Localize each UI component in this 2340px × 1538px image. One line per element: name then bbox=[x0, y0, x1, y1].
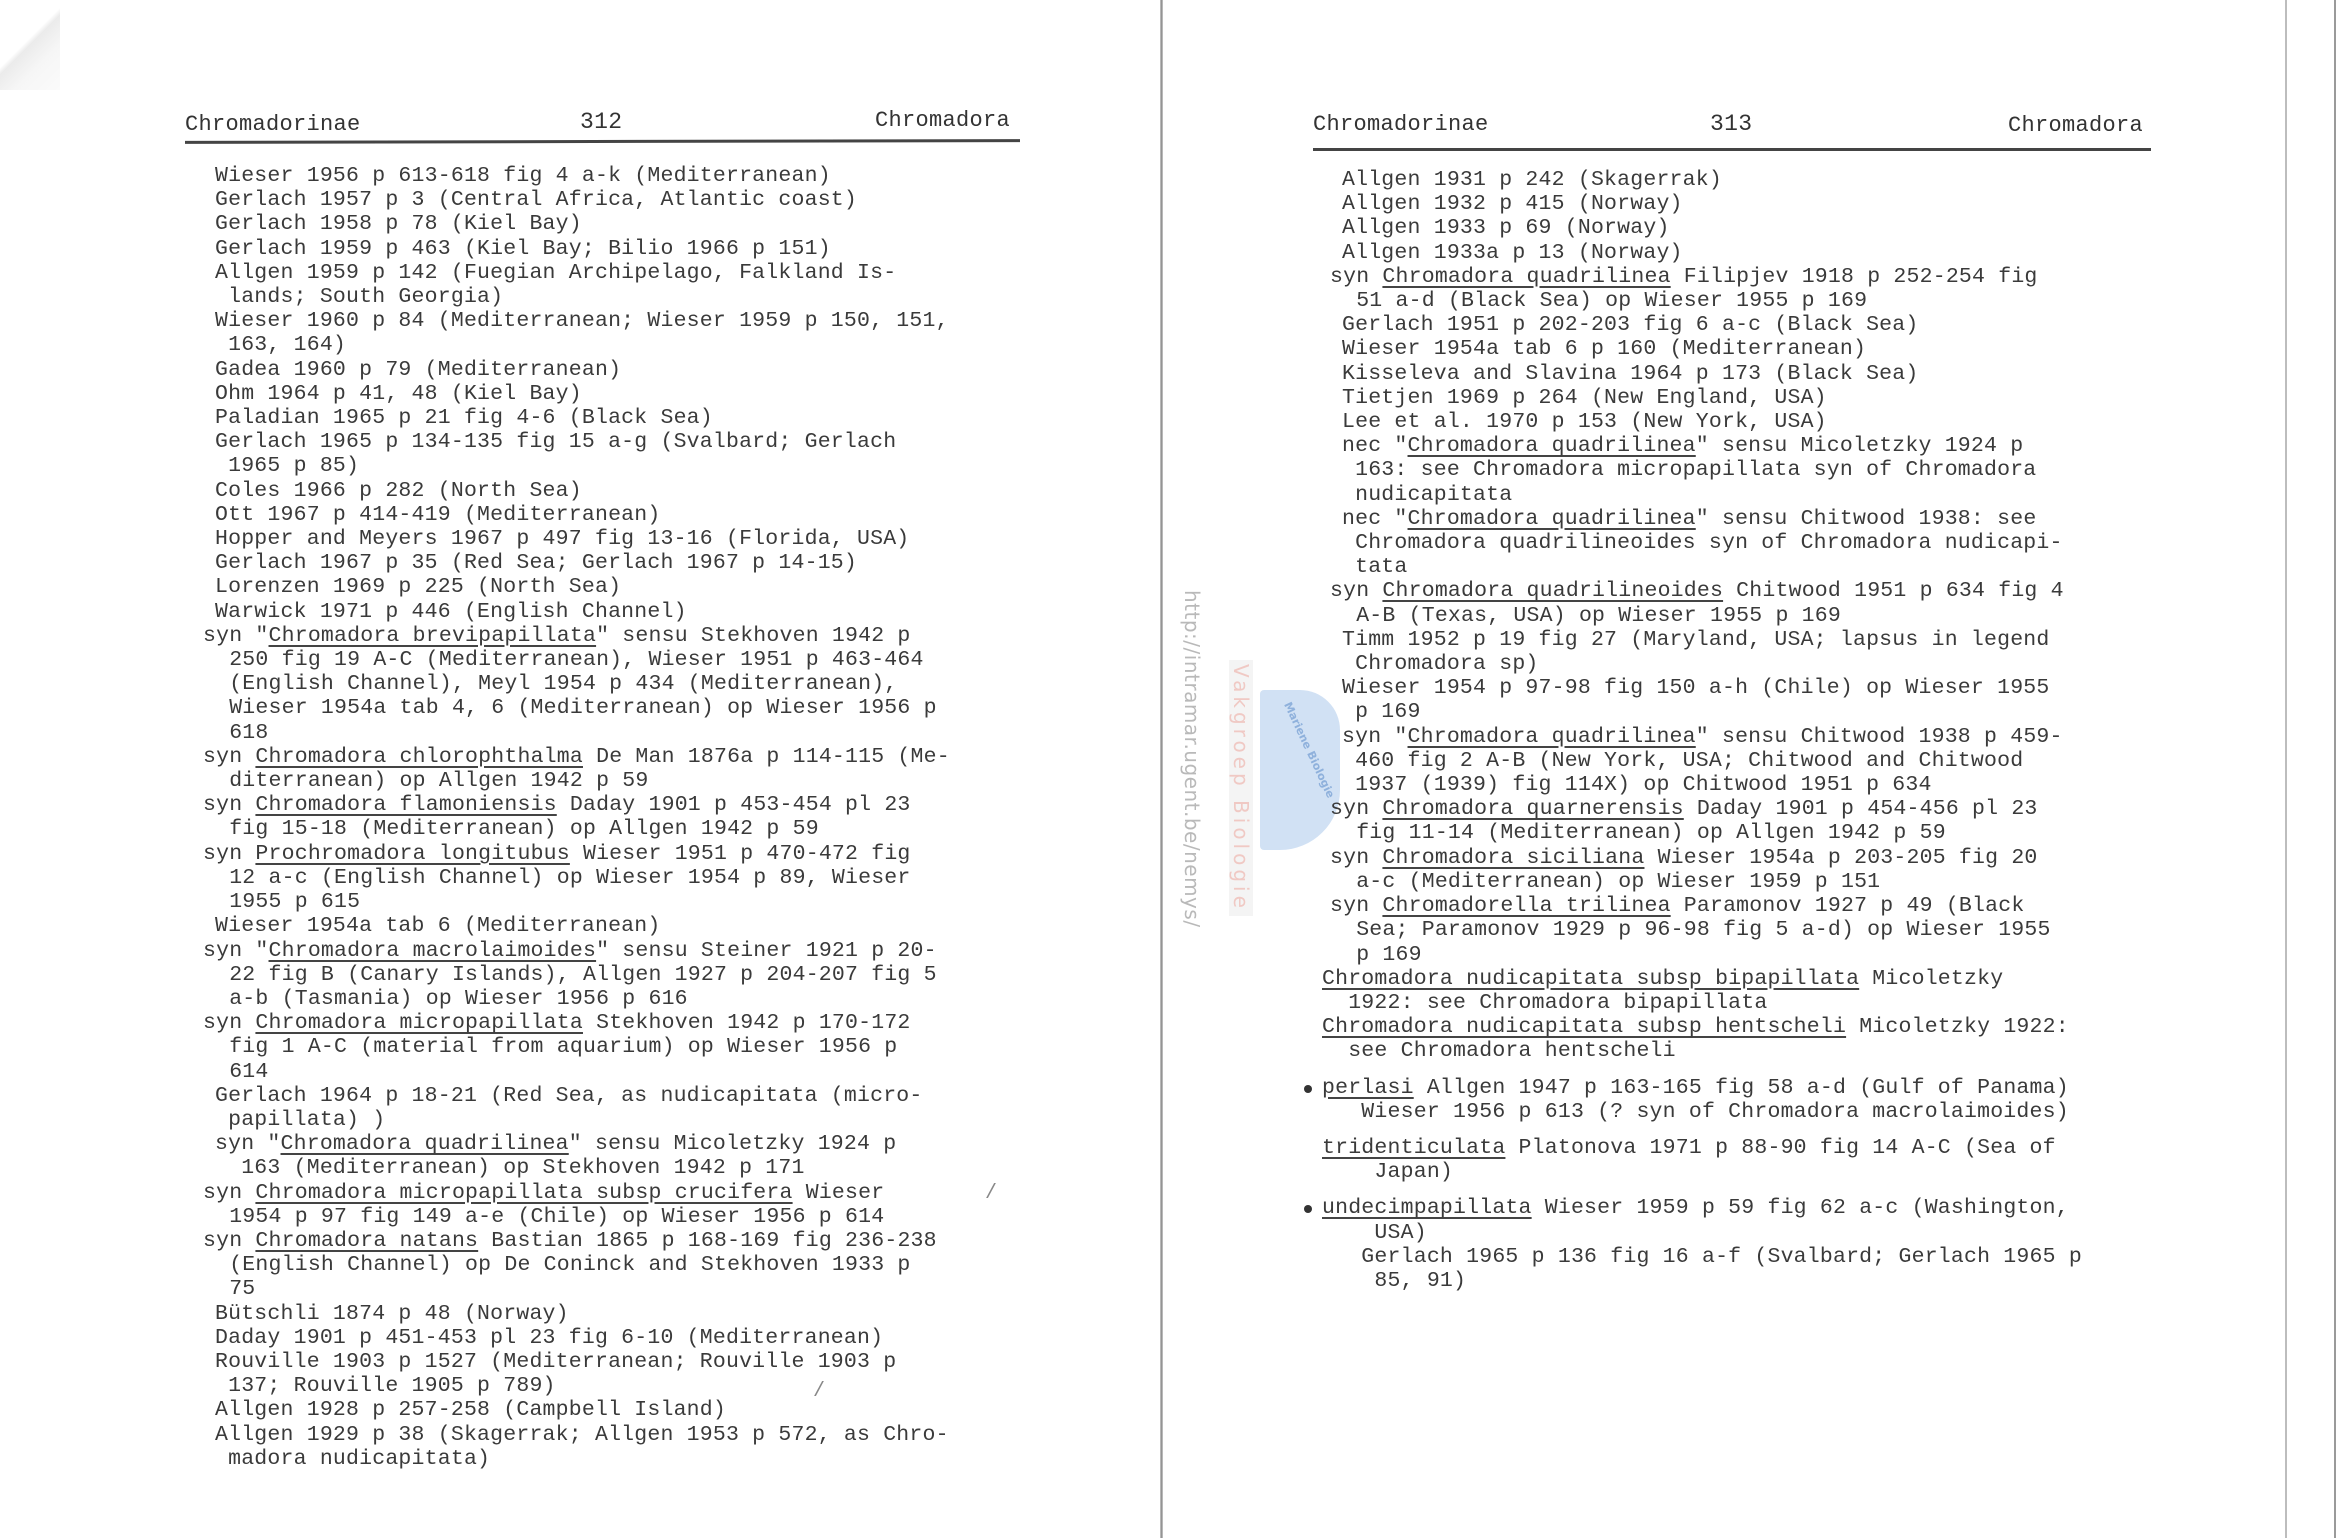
entry-first-line: Gerlach 1957 p 3 (Central Africa, Atlant… bbox=[215, 188, 1075, 212]
taxon-name: Chromadora quadrilinea bbox=[281, 1132, 569, 1156]
taxon-name: Chromadora quadrilinea bbox=[1382, 265, 1670, 289]
reference-entry: Bütschli 1874 p 48 (Norway) bbox=[215, 1302, 1075, 1326]
entry-citation: Micoletzky 1922: bbox=[1846, 1015, 2069, 1039]
entry-citation: Wieser 1954a p 203-205 fig 20 bbox=[1644, 846, 2037, 870]
entry-continuation: 22 fig B (Canary Islands), Allgen 1927 p… bbox=[203, 963, 1075, 987]
entry-prefix: syn bbox=[203, 793, 255, 817]
entry-first-line: Warwick 1971 p 446 (English Channel) bbox=[215, 600, 1075, 624]
entry-continuation: Japan) bbox=[1322, 1160, 2242, 1184]
entry-first-line: Wieser 1960 p 84 (Mediterranean; Wieser … bbox=[215, 309, 1075, 333]
entry-first-line: Wieser 1954a tab 6 p 160 (Mediterranean) bbox=[1342, 337, 2242, 361]
entry-first-line: Coles 1966 p 282 (North Sea) bbox=[215, 479, 1075, 503]
entry-first-line: syn "Chromadora quadrilinea" sensu Micol… bbox=[215, 1132, 1075, 1156]
taxon-name: Chromadora quadrilinea bbox=[1408, 434, 1696, 458]
entry-prefix: syn bbox=[1330, 579, 1382, 603]
margin-mark: / bbox=[813, 1380, 825, 1403]
entry-first-line: Allgen 1959 p 142 (Fuegian Archipelago, … bbox=[215, 261, 1075, 285]
entry-first-line: Gerlach 1958 p 78 (Kiel Bay) bbox=[215, 212, 1075, 236]
entry-first-line: syn Chromadora micropapillata subsp cruc… bbox=[203, 1181, 1075, 1205]
entry-first-line: syn Chromadora quadrilineoides Chitwood … bbox=[1330, 579, 2242, 603]
reference-entry: syn Prochromadora longitubus Wieser 1951… bbox=[203, 842, 1075, 915]
entry-citation: Daday 1901 p 454-456 pl 23 bbox=[1684, 797, 2038, 821]
entry-first-line: Wieser 1954 p 97-98 fig 150 a-h (Chile) … bbox=[1342, 676, 2242, 700]
entry-continuation: 250 fig 19 A-C (Mediterranean), Wieser 1… bbox=[203, 648, 1075, 672]
entry-continuation: 12 a-c (English Channel) op Wieser 1954 … bbox=[203, 866, 1075, 890]
species-entry: undecimpapillata Wieser 1959 p 59 fig 62… bbox=[1322, 1196, 2242, 1293]
entry-first-line: undecimpapillata Wieser 1959 p 59 fig 62… bbox=[1322, 1196, 2242, 1220]
entry-first-line: Gerlach 1964 p 18-21 (Red Sea, as nudica… bbox=[215, 1084, 1075, 1108]
entry-first-line: nec "Chromadora quadrilinea" sensu Micol… bbox=[1342, 434, 2242, 458]
margin-bullet-icon bbox=[1304, 1205, 1312, 1213]
entry-continuation: 614 bbox=[203, 1060, 1075, 1084]
reference-entry: Warwick 1971 p 446 (English Channel) bbox=[215, 600, 1075, 624]
reference-entry: Allgen 1933a p 13 (Norway) bbox=[1342, 241, 2242, 265]
entry-continuation: 163 (Mediterranean) op Stekhoven 1942 p … bbox=[215, 1156, 1075, 1180]
reference-entry: Allgen 1929 p 38 (Skagerrak; Allgen 1953… bbox=[215, 1423, 1075, 1471]
entry-first-line: tridenticulata Platonova 1971 p 88-90 fi… bbox=[1322, 1136, 2242, 1160]
reference-entry: Gerlach 1958 p 78 (Kiel Bay) bbox=[215, 212, 1075, 236]
reference-list: Wieser 1956 p 613-618 fig 4 a-k (Mediter… bbox=[215, 164, 1075, 1471]
entry-first-line: Timm 1952 p 19 fig 27 (Maryland, USA; la… bbox=[1342, 628, 2242, 652]
entry-continuation: a-c (Mediterranean) op Wieser 1959 p 151 bbox=[1330, 870, 2242, 894]
entry-citation: Micoletzky bbox=[1859, 967, 2003, 991]
reference-entry: syn Chromadora quarnerensis Daday 1901 p… bbox=[1330, 797, 2242, 845]
reference-entry: Lorenzen 1969 p 225 (North Sea) bbox=[215, 575, 1075, 599]
entry-prefix: syn " bbox=[203, 624, 269, 648]
entry-citation: Allgen 1947 p 163-165 fig 58 a-d (Gulf o… bbox=[1414, 1076, 2069, 1100]
reference-entry: Ohm 1964 p 41, 48 (Kiel Bay) bbox=[215, 382, 1075, 406]
entry-prefix: syn " bbox=[215, 1132, 281, 1156]
taxon-name: Chromadorella trilinea bbox=[1382, 894, 1670, 918]
reference-entry: syn Chromadora micropapillata Stekhoven … bbox=[203, 1011, 1075, 1084]
entry-continuation: (English Channel), Meyl 1954 p 434 (Medi… bbox=[203, 672, 1075, 696]
entry-continuation: papillata) ) bbox=[215, 1108, 1075, 1132]
entry-continuation: diterranean) op Allgen 1942 p 59 bbox=[203, 769, 1075, 793]
reference-entry: Rouville 1903 p 1527 (Mediterranean; Rou… bbox=[215, 1350, 1075, 1398]
entry-first-line: Chromadora nudicapitata subsp bipapillat… bbox=[1322, 967, 2242, 991]
taxon-name: Chromadora nudicapitata subsp hentscheli bbox=[1322, 1015, 1846, 1039]
entry-citation: Bastian 1865 p 168-169 fig 236-238 bbox=[478, 1229, 937, 1253]
reference-entry: syn "Chromadora macrolaimoides" sensu St… bbox=[203, 939, 1075, 1012]
entry-citation: Wieser bbox=[793, 1181, 885, 1205]
entry-first-line: Ohm 1964 p 41, 48 (Kiel Bay) bbox=[215, 382, 1075, 406]
taxon-name: Chromadora siciliana bbox=[1382, 846, 1644, 870]
reference-entry: syn Chromadora natans Bastian 1865 p 168… bbox=[203, 1229, 1075, 1302]
entry-first-line: perlasi Allgen 1947 p 163-165 fig 58 a-d… bbox=[1322, 1076, 2242, 1100]
entry-continuation: see Chromadora hentscheli bbox=[1322, 1039, 2242, 1063]
entry-first-line: Paladian 1965 p 21 fig 4-6 (Black Sea) bbox=[215, 406, 1075, 430]
entry-continuation: fig 11-14 (Mediterranean) op Allgen 1942… bbox=[1330, 821, 2242, 845]
entry-citation: " sensu Micoletzky 1924 p bbox=[569, 1132, 897, 1156]
entry-citation: " sensu Chitwood 1938: see bbox=[1696, 507, 2037, 531]
reference-entry: Coles 1966 p 282 (North Sea) bbox=[215, 479, 1075, 503]
reference-entry: Wieser 1960 p 84 (Mediterranean; Wieser … bbox=[215, 309, 1075, 357]
entry-citation: Filipjev 1918 p 252-254 fig bbox=[1671, 265, 2038, 289]
entry-continuation: 163: see Chromadora micropapillata syn o… bbox=[1342, 458, 2242, 482]
entry-first-line: Allgen 1932 p 415 (Norway) bbox=[1342, 192, 2242, 216]
entry-first-line: Wieser 1954a tab 6 (Mediterranean) bbox=[215, 914, 1075, 938]
page-edge bbox=[2285, 0, 2287, 1538]
entry-continuation: 1955 p 615 bbox=[203, 890, 1075, 914]
reference-entry: Gadea 1960 p 79 (Mediterranean) bbox=[215, 358, 1075, 382]
margin-bullet-icon bbox=[1304, 1085, 1312, 1093]
taxon-name: Chromadora flamoniensis bbox=[255, 793, 556, 817]
reference-entry: Allgen 1931 p 242 (Skagerrak) bbox=[1342, 168, 2242, 192]
entry-citation: Wieser 1951 p 470-472 fig bbox=[570, 842, 911, 866]
entry-continuation: 1922: see Chromadora bipapillata bbox=[1322, 991, 2242, 1015]
entry-first-line: Allgen 1929 p 38 (Skagerrak; Allgen 1953… bbox=[215, 1423, 1075, 1447]
reference-entry: Chromadora nudicapitata subsp bipapillat… bbox=[1322, 967, 2242, 1015]
entry-first-line: syn Chromadora micropapillata Stekhoven … bbox=[203, 1011, 1075, 1035]
entry-first-line: Gerlach 1965 p 134-135 fig 15 a-g (Svalb… bbox=[215, 430, 1075, 454]
entry-first-line: Lorenzen 1969 p 225 (North Sea) bbox=[215, 575, 1075, 599]
entry-continuation: fig 1 A-C (material from aquarium) op Wi… bbox=[203, 1035, 1075, 1059]
entry-prefix: syn bbox=[203, 745, 255, 769]
header-subfamily: Chromadorinae bbox=[1313, 112, 1489, 137]
reference-entry: syn "Chromadora quadrilinea" sensu Micol… bbox=[215, 1132, 1075, 1180]
entry-continuation: madora nudicapitata) bbox=[215, 1447, 1075, 1471]
entry-first-line: syn Chromadora quarnerensis Daday 1901 p… bbox=[1330, 797, 2242, 821]
reference-entry: Allgen 1933 p 69 (Norway) bbox=[1342, 216, 2242, 240]
header-rule bbox=[185, 139, 1020, 144]
taxon-name: Chromadora quadrilinea bbox=[1408, 507, 1696, 531]
entry-first-line: Allgen 1933 p 69 (Norway) bbox=[1342, 216, 2242, 240]
entry-prefix: syn bbox=[203, 1229, 255, 1253]
reference-entry: syn "Chromadora quadrilinea" sensu Chitw… bbox=[1342, 725, 2242, 798]
entry-prefix: syn " bbox=[203, 939, 269, 963]
header-page-number: 312 bbox=[580, 109, 622, 135]
header-rule bbox=[1313, 148, 2151, 151]
reference-entry: Gerlach 1951 p 202-203 fig 6 a-c (Black … bbox=[1342, 313, 2242, 337]
entry-first-line: Tietjen 1969 p 264 (New England, USA) bbox=[1342, 386, 2242, 410]
entry-first-line: syn Chromadora chlorophthalma De Man 187… bbox=[203, 745, 1075, 769]
taxon-name: Chromadora macrolaimoides bbox=[269, 939, 597, 963]
entry-first-line: syn Chromadora flamoniensis Daday 1901 p… bbox=[203, 793, 1075, 817]
entry-first-line: Gerlach 1959 p 463 (Kiel Bay; Bilio 1966… bbox=[215, 237, 1075, 261]
reference-entry: Gerlach 1957 p 3 (Central Africa, Atlant… bbox=[215, 188, 1075, 212]
header-page-number: 313 bbox=[1710, 111, 1752, 137]
reference-entry: Allgen 1928 p 257-258 (Campbell Island) bbox=[215, 1398, 1075, 1422]
entry-prefix: syn bbox=[203, 842, 255, 866]
page-gutter bbox=[1160, 0, 1163, 1538]
taxon-name: Chromadora brevipapillata bbox=[269, 624, 597, 648]
entry-prefix: syn bbox=[1330, 797, 1382, 821]
entry-first-line: syn "Chromadora macrolaimoides" sensu St… bbox=[203, 939, 1075, 963]
entry-continuation: Wieser 1954a tab 4, 6 (Mediterranean) op… bbox=[203, 696, 1075, 720]
entry-first-line: syn "Chromadora brevipapillata" sensu St… bbox=[203, 624, 1075, 648]
entry-first-line: Chromadora nudicapitata subsp hentscheli… bbox=[1322, 1015, 2242, 1039]
entry-first-line: Allgen 1931 p 242 (Skagerrak) bbox=[1342, 168, 2242, 192]
entry-first-line: Hopper and Meyers 1967 p 497 fig 13-16 (… bbox=[215, 527, 1075, 551]
species-entry: perlasi Allgen 1947 p 163-165 fig 58 a-d… bbox=[1322, 1076, 2242, 1124]
reference-entry: Paladian 1965 p 21 fig 4-6 (Black Sea) bbox=[215, 406, 1075, 430]
entry-citation: Wieser 1959 p 59 fig 62 a-c (Washington, bbox=[1532, 1196, 2069, 1220]
reference-entry: Wieser 1954a tab 6 (Mediterranean) bbox=[215, 914, 1075, 938]
entry-citation: Chitwood 1951 p 634 fig 4 bbox=[1723, 579, 2064, 603]
entry-continuation: 1965 p 85) bbox=[215, 454, 1075, 478]
entry-continuation: p 169 bbox=[1342, 700, 2242, 724]
reference-entry: syn Chromadora micropapillata subsp cruc… bbox=[203, 1181, 1075, 1229]
reference-entry: Daday 1901 p 451-453 pl 23 fig 6-10 (Med… bbox=[215, 1326, 1075, 1350]
reference-entry: Allgen 1959 p 142 (Fuegian Archipelago, … bbox=[215, 261, 1075, 309]
taxon-name: Chromadora micropapillata bbox=[255, 1011, 583, 1035]
entry-citation: " sensu Steiner 1921 p 20- bbox=[596, 939, 937, 963]
entry-first-line: syn Chromadora natans Bastian 1865 p 168… bbox=[203, 1229, 1075, 1253]
reference-entry: Gerlach 1959 p 463 (Kiel Bay; Bilio 1966… bbox=[215, 237, 1075, 261]
entry-first-line: syn Prochromadora longitubus Wieser 1951… bbox=[203, 842, 1075, 866]
entry-first-line: Daday 1901 p 451-453 pl 23 fig 6-10 (Med… bbox=[215, 1326, 1075, 1350]
entry-prefix: nec " bbox=[1342, 507, 1408, 531]
header-subfamily: Chromadorinae bbox=[185, 112, 361, 137]
reference-entry: syn Chromadora flamoniensis Daday 1901 p… bbox=[203, 793, 1075, 841]
margin-mark: / bbox=[985, 1182, 997, 1205]
entry-first-line: Ott 1967 p 414-419 (Mediterranean) bbox=[215, 503, 1075, 527]
entry-continuation: 1954 p 97 fig 149 a-e (Chile) op Wieser … bbox=[203, 1205, 1075, 1229]
entry-continuation: 163, 164) bbox=[215, 333, 1075, 357]
taxon-name: Chromadora chlorophthalma bbox=[255, 745, 583, 769]
taxon-name: Chromadora quadrilineoides bbox=[1382, 579, 1723, 603]
left-page: Chromadorinae 312 Chromadora Wieser 1956… bbox=[0, 0, 1160, 1538]
taxon-name: Prochromadora longitubus bbox=[255, 842, 569, 866]
entry-continuation: 51 a-d (Black Sea) op Wieser 1955 p 169 bbox=[1330, 289, 2242, 313]
reference-entry: Wieser 1956 p 613-618 fig 4 a-k (Mediter… bbox=[215, 164, 1075, 188]
entry-continuation: 1937 (1939) fig 114X) op Chitwood 1951 p… bbox=[1342, 773, 2242, 797]
reference-entry: nec "Chromadora quadrilinea" sensu Micol… bbox=[1342, 434, 2242, 507]
entry-citation: " sensu Chitwood 1938 p 459- bbox=[1696, 725, 2063, 749]
reference-entry: syn Chromadora quadrilineoides Chitwood … bbox=[1330, 579, 2242, 627]
reference-entry: syn Chromadora quadrilinea Filipjev 1918… bbox=[1330, 265, 2242, 313]
entry-continuation: A-B (Texas, USA) op Wieser 1955 p 169 bbox=[1330, 604, 2242, 628]
entry-continuation: USA) bbox=[1322, 1221, 2242, 1245]
entry-continuation: 85, 91) bbox=[1322, 1269, 2242, 1293]
species-entry: tridenticulata Platonova 1971 p 88-90 fi… bbox=[1322, 1136, 2242, 1184]
reference-entry: Gerlach 1964 p 18-21 (Red Sea, as nudica… bbox=[215, 1084, 1075, 1132]
reference-entry: syn Chromadora siciliana Wieser 1954a p … bbox=[1330, 846, 2242, 894]
reference-entry: Hopper and Meyers 1967 p 497 fig 13-16 (… bbox=[215, 527, 1075, 551]
entry-continuation: p 169 bbox=[1330, 943, 2242, 967]
entry-continuation: Wieser 1956 p 613 (? syn of Chromadora m… bbox=[1322, 1100, 2242, 1124]
entry-first-line: Gerlach 1951 p 202-203 fig 6 a-c (Black … bbox=[1342, 313, 2242, 337]
entry-prefix: syn bbox=[203, 1011, 255, 1035]
reference-entry: Gerlach 1965 p 134-135 fig 15 a-g (Svalb… bbox=[215, 430, 1075, 478]
entry-first-line: Rouville 1903 p 1527 (Mediterranean; Rou… bbox=[215, 1350, 1075, 1374]
reference-entry: Wieser 1954a tab 6 p 160 (Mediterranean) bbox=[1342, 337, 2242, 361]
reference-entry: syn "Chromadora brevipapillata" sensu St… bbox=[203, 624, 1075, 745]
entry-prefix: nec " bbox=[1342, 434, 1408, 458]
entry-citation: " sensu Micoletzky 1924 p bbox=[1696, 434, 2024, 458]
entry-first-line: syn "Chromadora quadrilinea" sensu Chitw… bbox=[1342, 725, 2242, 749]
reference-entry: Gerlach 1967 p 35 (Red Sea; Gerlach 1967… bbox=[215, 551, 1075, 575]
taxon-name: Chromadora micropapillata subsp crucifer… bbox=[255, 1181, 792, 1205]
entry-citation: Daday 1901 p 453-454 pl 23 bbox=[557, 793, 911, 817]
reference-entry: Chromadora nudicapitata subsp hentscheli… bbox=[1322, 1015, 2242, 1063]
entry-continuation: Gerlach 1965 p 136 fig 16 a-f (Svalbard;… bbox=[1322, 1245, 2242, 1269]
species-name: undecimpapillata bbox=[1322, 1196, 1532, 1220]
entry-continuation: 137; Rouville 1905 p 789) bbox=[215, 1374, 1075, 1398]
entry-citation: " sensu Stekhoven 1942 p bbox=[596, 624, 910, 648]
entry-citation: De Man 1876a p 114-115 (Me- bbox=[583, 745, 950, 769]
entry-first-line: Gadea 1960 p 79 (Mediterranean) bbox=[215, 358, 1075, 382]
reference-entry: Wieser 1954 p 97-98 fig 150 a-h (Chile) … bbox=[1342, 676, 2242, 724]
entry-first-line: syn Chromadora quadrilinea Filipjev 1918… bbox=[1330, 265, 2242, 289]
entry-prefix: syn bbox=[1330, 265, 1382, 289]
entry-first-line: Lee et al. 1970 p 153 (New York, USA) bbox=[1342, 410, 2242, 434]
reference-entry: syn Chromadora chlorophthalma De Man 187… bbox=[203, 745, 1075, 793]
entry-first-line: Wieser 1956 p 613-618 fig 4 a-k (Mediter… bbox=[215, 164, 1075, 188]
entry-first-line: Allgen 1933a p 13 (Norway) bbox=[1342, 241, 2242, 265]
reference-entry: Tietjen 1969 p 264 (New England, USA) bbox=[1342, 386, 2242, 410]
entry-continuation: tata bbox=[1342, 555, 2242, 579]
entry-continuation: Chromadora sp) bbox=[1342, 652, 2242, 676]
reference-entry: Lee et al. 1970 p 153 (New York, USA) bbox=[1342, 410, 2242, 434]
entry-prefix: syn " bbox=[1342, 725, 1408, 749]
entry-continuation: 618 bbox=[203, 721, 1075, 745]
entry-prefix: syn bbox=[1330, 846, 1382, 870]
reference-entry: nec "Chromadora quadrilinea" sensu Chitw… bbox=[1342, 507, 2242, 580]
right-page: Chromadorinae 313 Chromadora Allgen 1931… bbox=[1165, 0, 2275, 1538]
species-name: tridenticulata bbox=[1322, 1136, 1505, 1160]
reference-list: Allgen 1931 p 242 (Skagerrak)Allgen 1932… bbox=[1342, 168, 2242, 1293]
entry-prefix: syn bbox=[203, 1181, 255, 1205]
entry-first-line: syn Chromadora siciliana Wieser 1954a p … bbox=[1330, 846, 2242, 870]
entry-citation: Platonova 1971 p 88-90 fig 14 A-C (Sea o… bbox=[1505, 1136, 2055, 1160]
header-genus: Chromadora bbox=[875, 108, 1010, 133]
entry-citation: Stekhoven 1942 p 170-172 bbox=[583, 1011, 911, 1035]
taxon-name: Chromadora quarnerensis bbox=[1382, 797, 1683, 821]
reference-entry: Allgen 1932 p 415 (Norway) bbox=[1342, 192, 2242, 216]
entry-first-line: Allgen 1928 p 257-258 (Campbell Island) bbox=[215, 1398, 1075, 1422]
taxon-name: Chromadora natans bbox=[255, 1229, 478, 1253]
reference-entry: Ott 1967 p 414-419 (Mediterranean) bbox=[215, 503, 1075, 527]
entry-citation: Paramonov 1927 p 49 (Black bbox=[1671, 894, 2025, 918]
entry-prefix: syn bbox=[1330, 894, 1382, 918]
entry-continuation: 460 fig 2 A-B (New York, USA; Chitwood a… bbox=[1342, 749, 2242, 773]
entry-first-line: Gerlach 1967 p 35 (Red Sea; Gerlach 1967… bbox=[215, 551, 1075, 575]
reference-entry: syn Chromadorella trilinea Paramonov 192… bbox=[1330, 894, 2242, 967]
page-edge bbox=[2334, 0, 2336, 1538]
entry-continuation: Sea; Paramonov 1929 p 96-98 fig 5 a-d) o… bbox=[1330, 918, 2242, 942]
reference-entry: Timm 1952 p 19 fig 27 (Maryland, USA; la… bbox=[1342, 628, 2242, 676]
entry-continuation: a-b (Tasmania) op Wieser 1956 p 616 bbox=[203, 987, 1075, 1011]
entry-continuation: nudicapitata bbox=[1342, 483, 2242, 507]
entry-first-line: nec "Chromadora quadrilinea" sensu Chitw… bbox=[1342, 507, 2242, 531]
entry-first-line: syn Chromadorella trilinea Paramonov 192… bbox=[1330, 894, 2242, 918]
header-genus: Chromadora bbox=[2008, 113, 2143, 138]
reference-entry: Kisseleva and Slavina 1964 p 173 (Black … bbox=[1342, 362, 2242, 386]
taxon-name: Chromadora nudicapitata subsp bipapillat… bbox=[1322, 967, 1859, 991]
entry-continuation: Chromadora quadrilineoides syn of Chroma… bbox=[1342, 531, 2242, 555]
entry-continuation: 75 bbox=[203, 1277, 1075, 1301]
entry-continuation: lands; South Georgia) bbox=[215, 285, 1075, 309]
entry-continuation: (English Channel) op De Coninck and Stek… bbox=[203, 1253, 1075, 1277]
taxon-name: Chromadora quadrilinea bbox=[1408, 725, 1696, 749]
entry-continuation: fig 15-18 (Mediterranean) op Allgen 1942… bbox=[203, 817, 1075, 841]
entry-first-line: Kisseleva and Slavina 1964 p 173 (Black … bbox=[1342, 362, 2242, 386]
species-name: perlasi bbox=[1322, 1076, 1414, 1100]
entry-first-line: Bütschli 1874 p 48 (Norway) bbox=[215, 1302, 1075, 1326]
